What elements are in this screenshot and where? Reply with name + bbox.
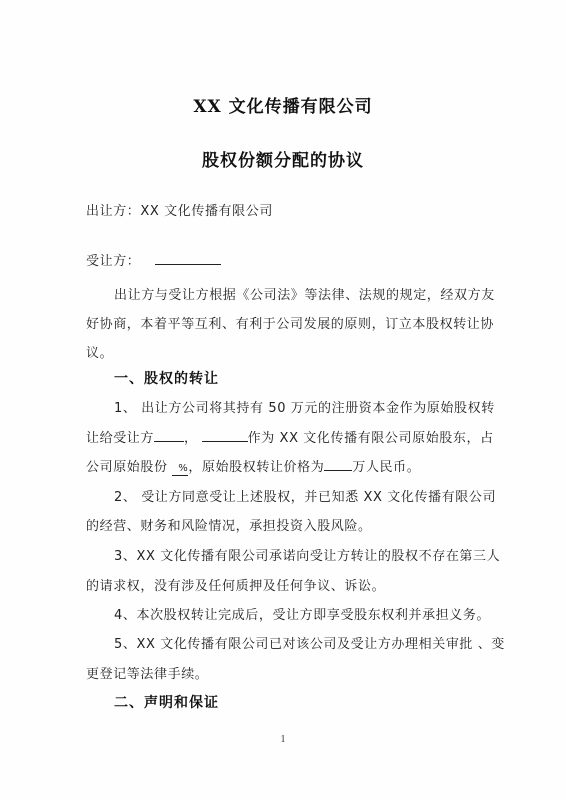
shareholder-name-blank[interactable] [202, 429, 248, 442]
preamble-line-3: 议。 [86, 342, 113, 361]
clause4-line: 4、本次股权转让完成后，受让方即享受股东权利并承担义务。 [114, 604, 490, 623]
section2-heading: 二、声明和保证 [114, 692, 219, 712]
share-percent-blank[interactable]: % [172, 463, 188, 476]
agreement-title: 股权份额分配的协议 [0, 146, 566, 171]
clause1-line-2: 让给受让方，作为 XX 文化传播有限公司原始股东，占 [86, 427, 494, 446]
clause1-text-d: 公司原始股份 [86, 460, 168, 475]
transferor-value: XX 文化传播有限公司 [140, 204, 273, 219]
company-title: XX 文化传播有限公司 [0, 92, 566, 117]
preamble-line-1: 出让方与受让方根据《公司法》等法律、法规的规定，经双方友 [114, 284, 495, 303]
section1-heading: 一、股权的转让 [114, 368, 219, 388]
clause2-line-1: 2、 受让方同意受让上述股权，并已知悉 XX 文化传播有限公司 [114, 486, 496, 505]
transferor-line: 出让方：XX 文化传播有限公司 [86, 200, 273, 219]
clause2-line-2: 的经营、财务和风险情况，承担投资入股风险。 [86, 515, 372, 534]
clause3-line-1: 3、XX 文化传播有限公司承诺向受让方转让的股权不存在第三人 [114, 545, 500, 564]
clause1-text-f: 万人民币。 [352, 460, 420, 475]
clause1-text-e: ，原始股权转让价格为 [188, 460, 324, 475]
clause1-text-a: 让给受让方 [86, 431, 154, 446]
clause1-text-c: 作为 XX 文化传播有限公司原始股东，占 [248, 431, 494, 446]
preamble-line-2: 好协商，本着平等互利、有利于公司发展的原则，订立本股权转让协 [86, 313, 494, 332]
page-number: 1 [0, 734, 566, 745]
document-page: XX 文化传播有限公司 股权份额分配的协议 出让方：XX 文化传播有限公司 受让… [0, 0, 566, 800]
clause1-line-1: 1、 出让方公司将其持有 50 万元的注册资本金作为原始股权转 [114, 397, 495, 416]
transferee-line: 受让方： [86, 250, 221, 269]
clause5-line-1: 5、XX 文化传播有限公司已对该公司及受让方办理相关审批 、变 [114, 633, 505, 652]
transferee-name-blank[interactable] [154, 429, 184, 442]
clause1-text-b: ， [184, 431, 198, 446]
transferee-label: 受让方： [86, 254, 140, 269]
clause3-line-2: 的请求权，没有涉及任何质押及任何争议、诉讼。 [86, 575, 385, 594]
transfer-price-blank[interactable] [324, 458, 352, 471]
transferor-label: 出让方： [86, 204, 140, 219]
clause1-line-3: 公司原始股份 %，原始股权转让价格为万人民币。 [86, 456, 420, 476]
clause5-line-2: 更登记等法律手续。 [86, 663, 208, 682]
transferee-blank[interactable] [155, 252, 221, 265]
